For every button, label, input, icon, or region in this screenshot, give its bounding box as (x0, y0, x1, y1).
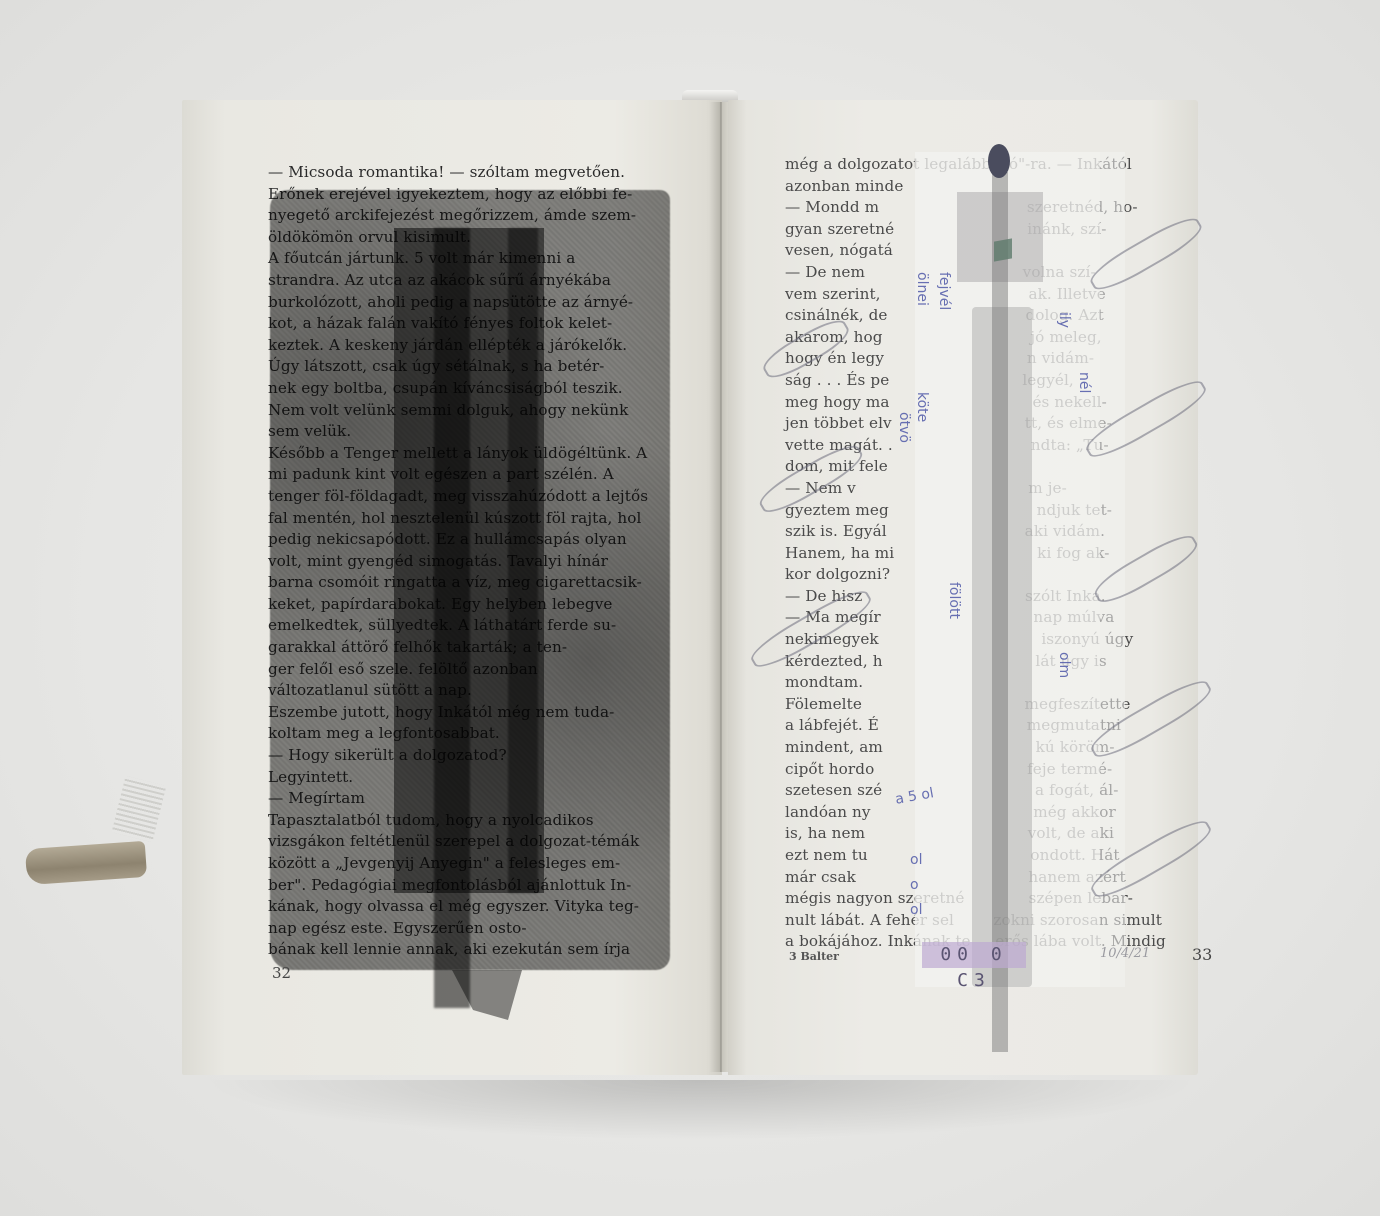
book-shadow (200, 1080, 1200, 1140)
purple-stamp: 00 0 C3 (922, 942, 1026, 968)
handwriting: nél (1076, 372, 1092, 393)
green-fragment (994, 238, 1012, 261)
charcoal-stripe (508, 228, 538, 893)
charcoal-stripe (434, 228, 470, 1008)
left-page: — Micsoda romantika! — szóltam megvetően… (182, 100, 722, 1075)
vertical-stick-mark (992, 172, 1008, 1052)
handwriting: ölnei (914, 272, 930, 306)
handwriting: ol (910, 852, 922, 868)
handwriting: o (910, 877, 919, 893)
printer-signature: 3 Balter (789, 950, 839, 963)
handwriting: ily (1056, 312, 1072, 328)
left-page-number: 32 (272, 964, 291, 982)
handwriting: olm (1056, 652, 1072, 678)
handwriting: fejvél (936, 272, 952, 310)
handwriting: köte (914, 392, 930, 422)
handwriting: ol (910, 902, 922, 918)
right-page-number: 33 (1192, 945, 1212, 964)
handwriting: fölött (946, 582, 962, 619)
ink-blot (988, 144, 1010, 178)
handwritten-date: 10/4/21 (1100, 946, 1150, 961)
open-book: — Micsoda romantika! — szóltam megvetően… (182, 92, 1202, 1087)
text-line: — Micsoda romantika! — szóltam megvetően… (268, 162, 682, 184)
handwriting: ötvö (896, 412, 912, 443)
